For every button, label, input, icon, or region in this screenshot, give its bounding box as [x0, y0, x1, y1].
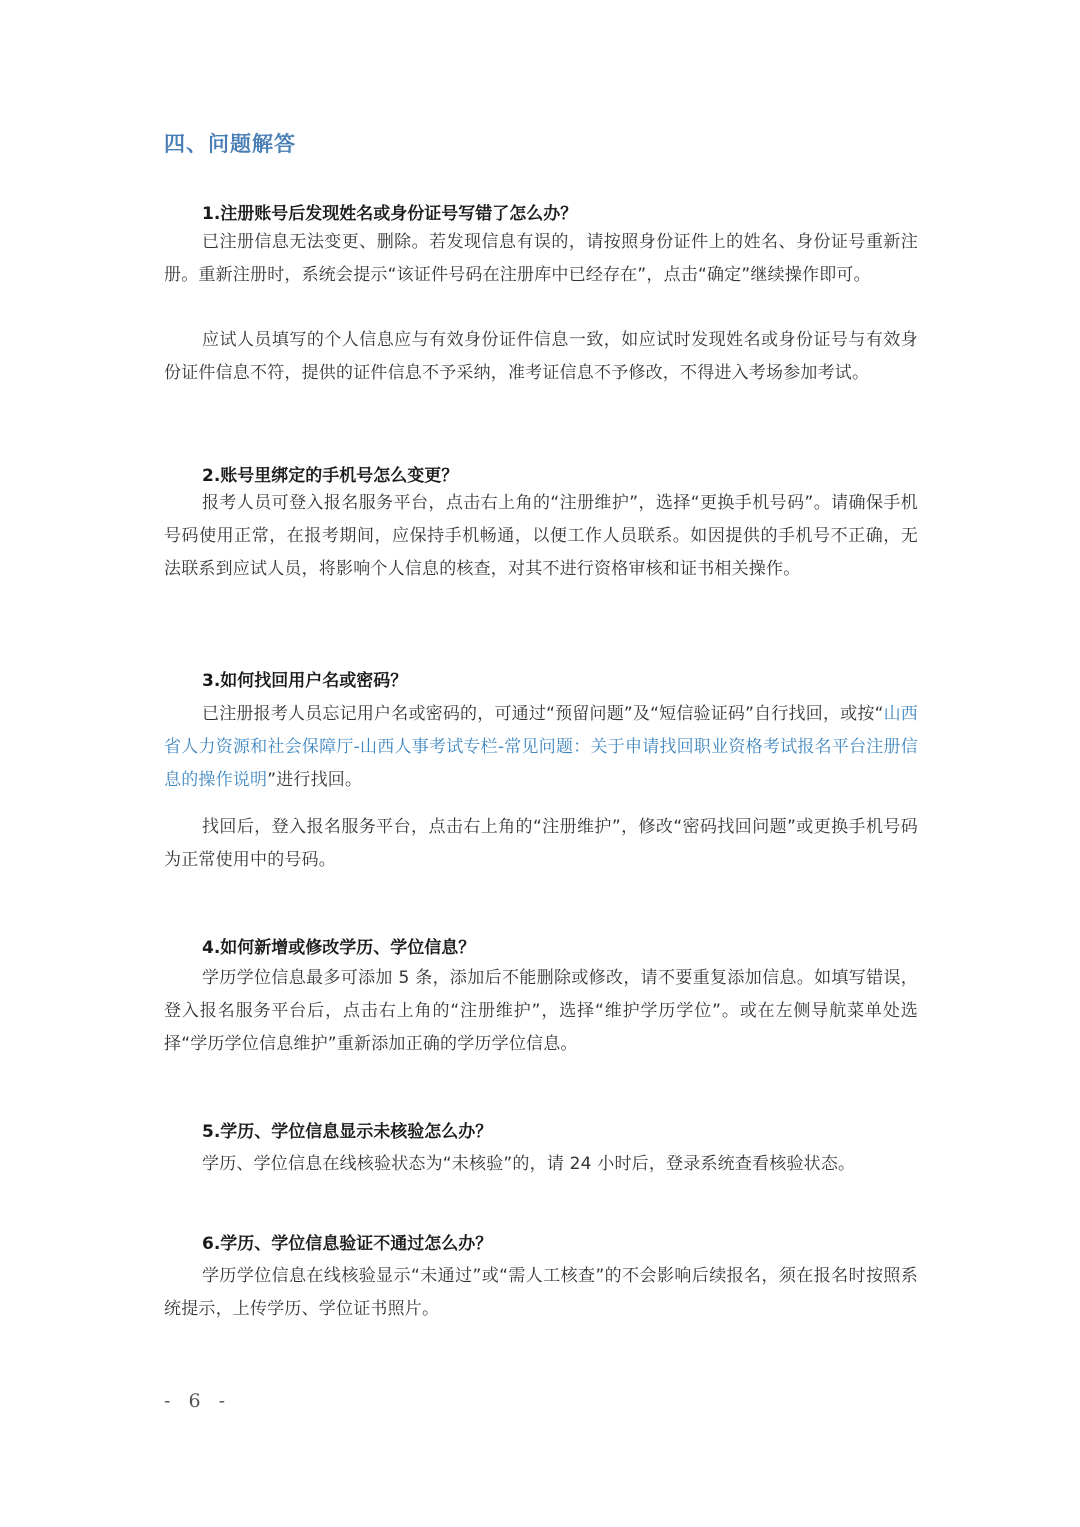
question-5-answer-paragraph-1: 学历、学位信息在线核验状态为“未核验”的，请 24 小时后，登录系统查看核验状态… [164, 1148, 918, 1181]
question-1-answer-paragraph-1: 已注册信息无法变更、删除。若发现信息有误的，请按照身份证件上的姓名、身份证号重新… [164, 226, 918, 292]
question-4-answer-paragraph-1: 学历学位信息最多可添加 5 条，添加后不能删除或修改，请不要重复添加信息。如填写… [164, 962, 918, 1061]
page-number: - 6 - [164, 1390, 231, 1412]
question-5-title: 5.学历、学位信息显示未核验怎么办？ [202, 1117, 492, 1142]
answer-text: 已注册报考人员忘记用户名或密码的，可通过“预留问题”及“短信验证码”自行找回，或… [202, 704, 884, 724]
question-3-answer-paragraph-1: 已注册报考人员忘记用户名或密码的，可通过“预留问题”及“短信验证码”自行找回，或… [164, 698, 918, 797]
question-2-answer-paragraph-1: 报考人员可登入报名服务平台，点击右上角的“注册维护”，选择“更换手机号码”。请确… [164, 487, 918, 586]
question-2-title: 2.账号里绑定的手机号怎么变更？ [202, 461, 458, 486]
question-3-title: 3.如何找回用户名或密码？ [202, 666, 407, 691]
question-6-title: 6.学历、学位信息验证不通过怎么办？ [202, 1229, 492, 1254]
answer-text: ”进行找回。 [267, 770, 362, 790]
question-6-answer-paragraph-1: 学历学位信息在线核验显示“未通过”或“需人工核查”的不会影响后续报名，须在报名时… [164, 1260, 918, 1326]
question-4-title: 4.如何新增或修改学历、学位信息？ [202, 933, 475, 958]
question-1-title: 1.注册账号后发现姓名或身份证号写错了怎么办？ [202, 199, 577, 224]
section-title: 四、问题解答 [164, 128, 296, 158]
question-3-answer-paragraph-2: 找回后，登入报名服务平台，点击右上角的“注册维护”，修改“密码找回问题”或更换手… [164, 811, 918, 877]
question-1-answer-paragraph-2: 应试人员填写的个人信息应与有效身份证件信息一致，如应试时发现姓名或身份证号与有效… [164, 324, 918, 390]
